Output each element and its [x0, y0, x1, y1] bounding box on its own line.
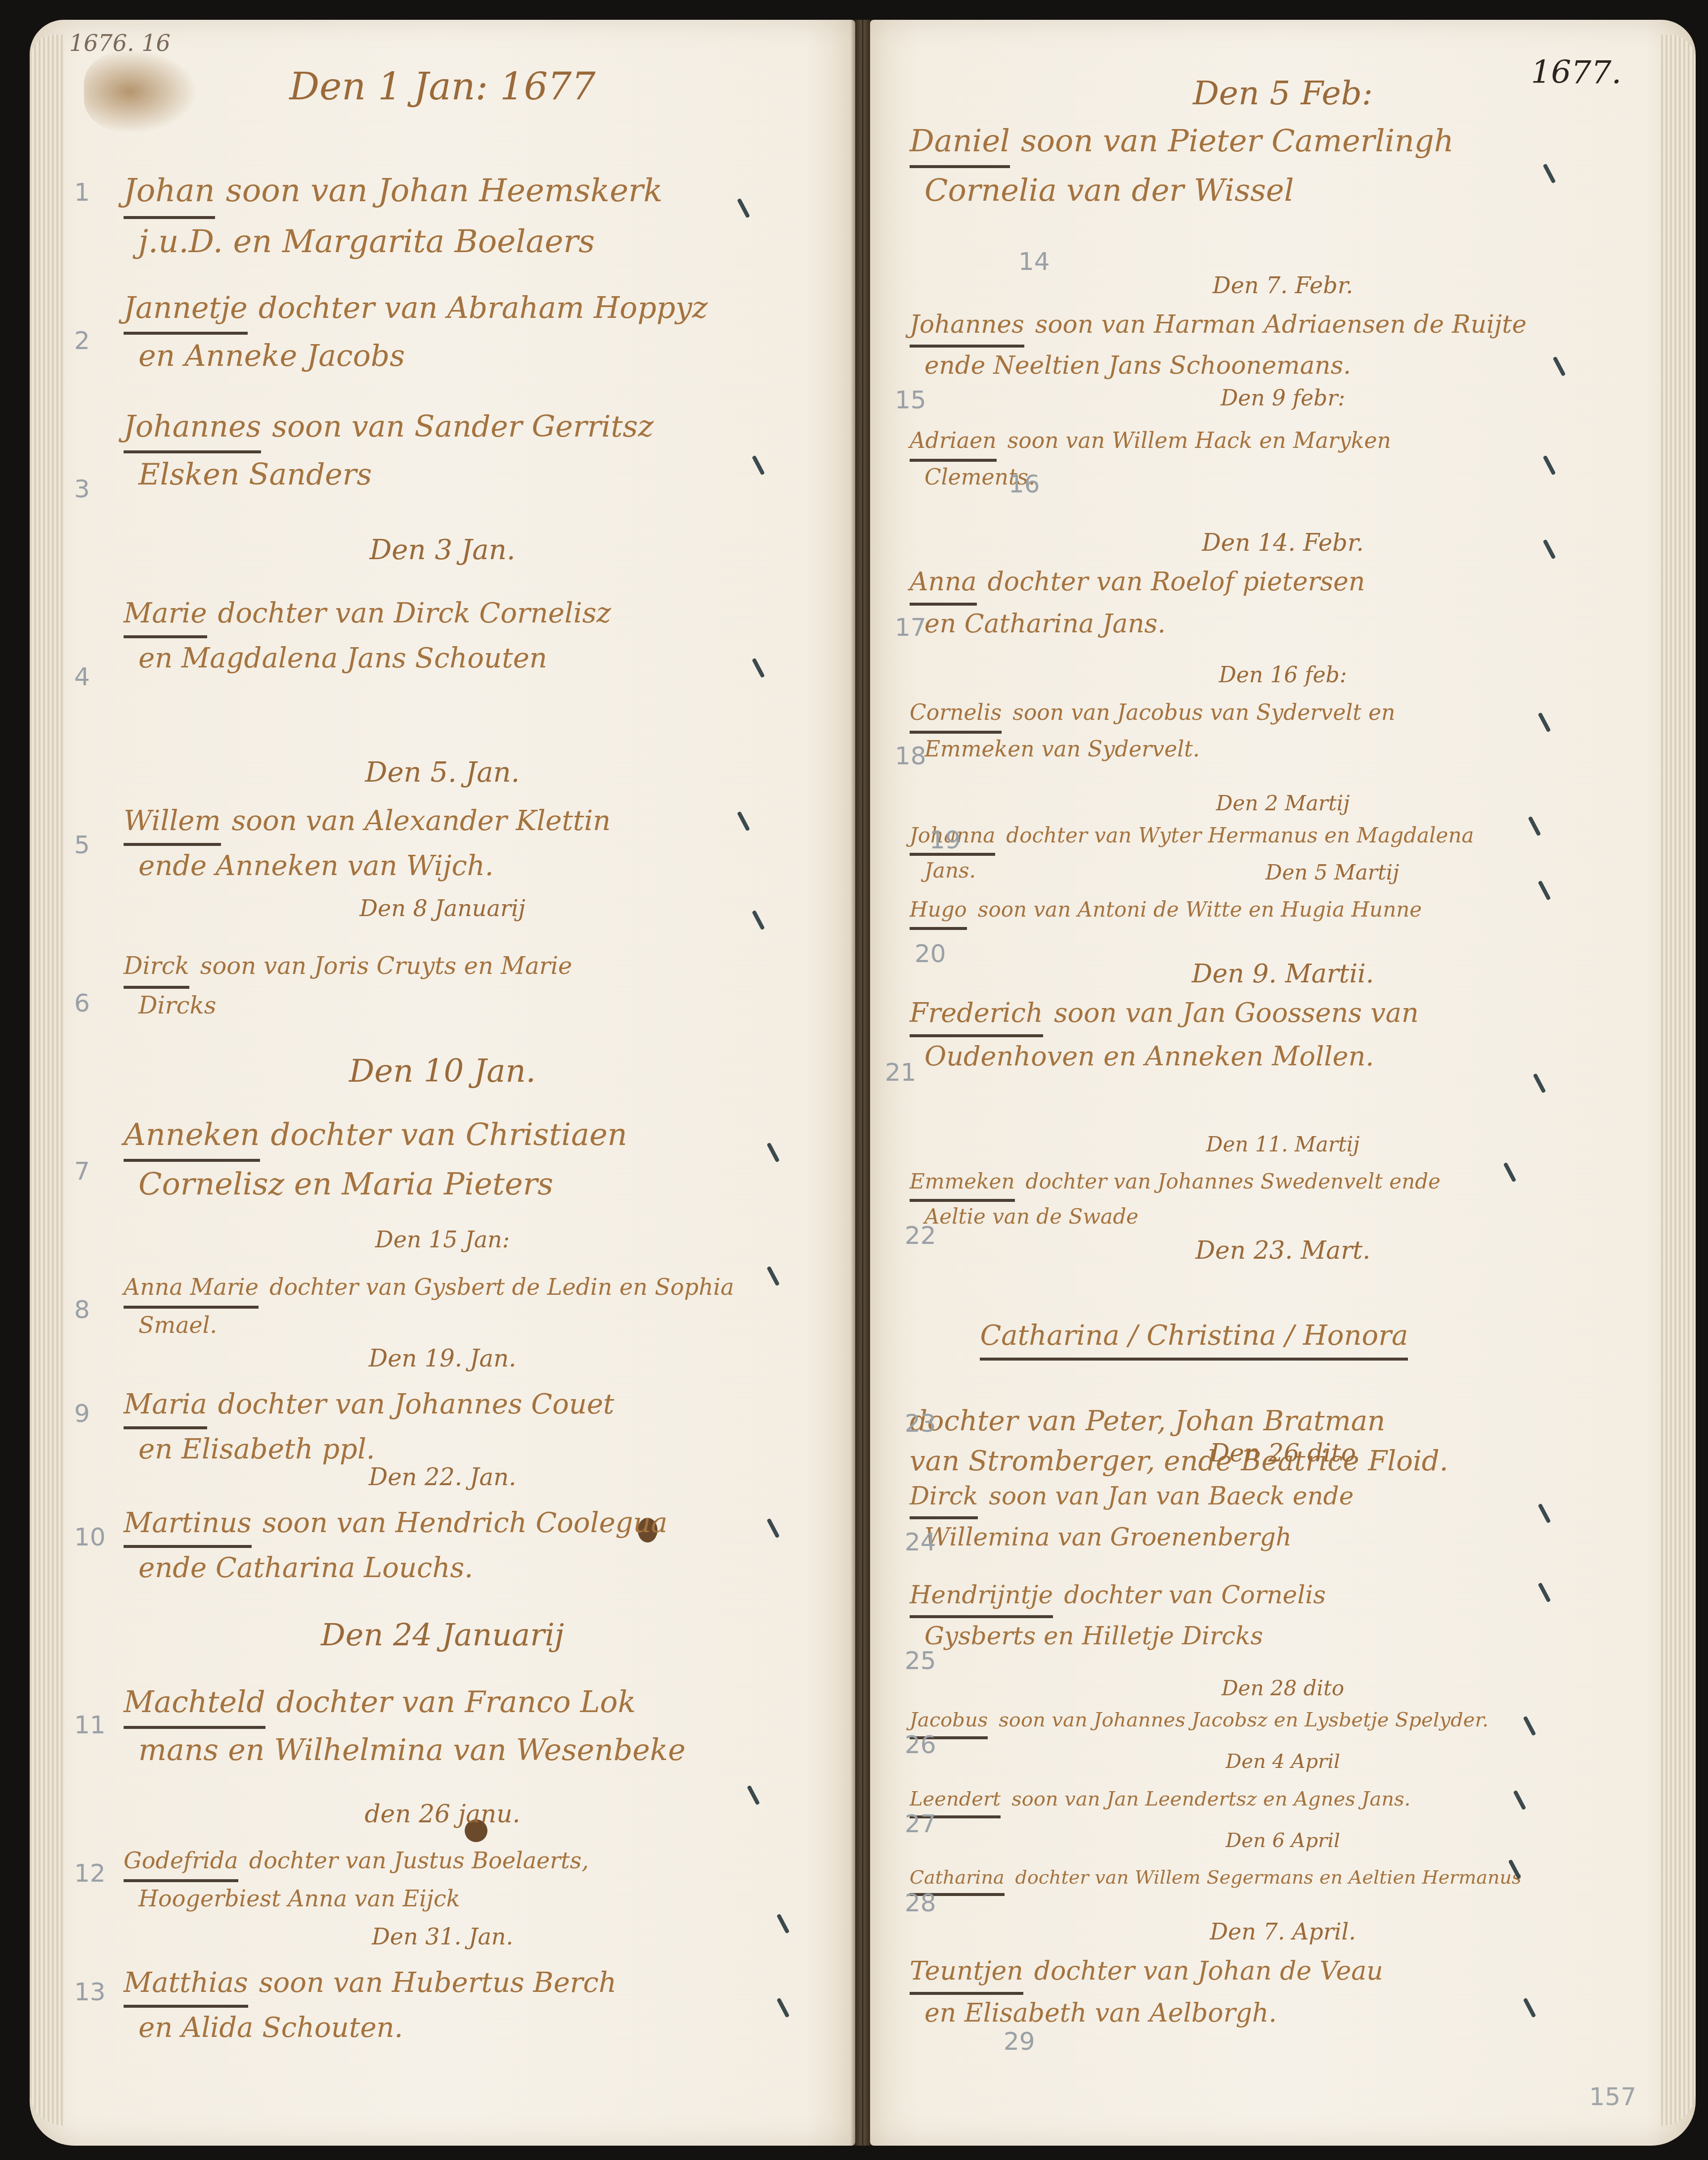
date-heading: Den 15 Jan:: [30, 1226, 855, 1253]
margin-number: 6: [74, 989, 90, 1017]
margin-number: 27: [905, 1809, 936, 1838]
entry-text: dochter van Dirck Cornelisz: [218, 597, 611, 629]
entry-text: dochter van Christiaen: [271, 1116, 627, 1152]
baptism-entry: Willemsoon van Alexander Klettin ende An…: [124, 801, 611, 886]
baptism-entry: Johannessoon van Sander Gerritsz Elsken …: [124, 405, 654, 496]
child-name: Marie: [124, 593, 207, 638]
baptism-entry: Danielsoon van Pieter Camerlingh Corneli…: [910, 119, 1454, 213]
entry-parents: en Magdalena Jans Schouten: [124, 638, 611, 678]
margin-number: 8: [74, 1295, 90, 1324]
entry-text: dochter van Abraham Hoppyz: [259, 291, 708, 325]
tick-mark: [737, 198, 750, 219]
child-name: Johan: [124, 168, 215, 219]
baptism-entry: Dircksoon van Joris Cruyts en Marie Dirc…: [124, 949, 572, 1023]
entry-text: soon van Hubertus Berch: [259, 1967, 616, 1999]
entry-text: dochter van Justus Boelaerts,: [249, 1847, 589, 1874]
entry-parents: Elsken Sanders: [124, 453, 654, 496]
date-heading: Den 5 Martij: [969, 860, 1696, 884]
margin-number: 2: [74, 326, 90, 355]
tick-mark: [1523, 1998, 1536, 2018]
margin-number: 3: [74, 475, 90, 503]
baptism-entry: Teuntjendochter van Johan de Veau en Eli…: [910, 1953, 1383, 2032]
child-name: Machteld: [124, 1681, 265, 1729]
child-name: Anna Marie: [124, 1271, 259, 1309]
date-heading: Den 26 dito: [870, 1439, 1696, 1467]
entry-text: soon van Jan Leendertsz en Agnes Jans.: [1011, 1788, 1410, 1810]
entry-text: soon van Joris Cruyts en Marie: [200, 952, 572, 980]
child-name: Cornelis: [910, 697, 1002, 734]
tick-mark: [767, 1266, 780, 1286]
margin-number: 18: [895, 742, 926, 770]
entry-parents: ende Neeltien Jans Schoonemans.: [910, 348, 1527, 384]
entry-text: dochter van Johannes Swedenvelt ende: [1026, 1169, 1441, 1193]
entry-parents: Willemina van Groenenbergh: [910, 1519, 1354, 1555]
baptism-entry: Leendertsoon van Jan Leendertsz en Agnes…: [910, 1785, 1410, 1818]
date-heading: Den 3 Jan.: [30, 534, 855, 566]
entry-parents: Clements.: [910, 462, 1391, 493]
margin-number: 28: [905, 1889, 936, 1917]
margin-number: 7: [74, 1157, 90, 1186]
date-heading: Den 9 febr:: [870, 386, 1696, 411]
date-heading: Den 14. Febr.: [870, 529, 1696, 557]
tick-mark: [777, 1998, 790, 2018]
date-heading: Den 7. Febr.: [870, 272, 1696, 299]
baptism-entry: Martinussoon van Hendrich Coolegua ende …: [124, 1503, 667, 1588]
entry-parents: ende Catharina Louchs.: [124, 1548, 667, 1588]
child-name: Teuntjen: [910, 1953, 1023, 1995]
entry-parents: Gysberts en Hilletje Dircks: [910, 1618, 1326, 1654]
margin-number: 21: [885, 1058, 917, 1087]
entry-text: dochter van Cornelis: [1064, 1581, 1326, 1609]
margin-number: 20: [915, 939, 946, 968]
margin-number: 11: [74, 1711, 106, 1739]
baptism-entry: Johannessoon van Harman Adriaensen de Ru…: [910, 307, 1527, 383]
date-heading: Den 28 dito: [870, 1676, 1696, 1700]
entry-text: soon van Antoni de Witte en Hugia Hunne: [978, 897, 1422, 922]
entry-text: soon van Johannes Jacobsz en Lysbetje Sp…: [999, 1709, 1489, 1731]
baptism-entry: Frederichsoon van Jan Goossens van Ouden…: [910, 994, 1419, 1076]
manuscript-spread: 1676. 16 Den 1 Jan: 1677 Johansoon van J…: [30, 20, 1701, 2146]
baptism-entry: Annekendochter van Christiaen Cornelisz …: [124, 1112, 627, 1206]
page-number: 157: [1589, 2082, 1636, 2111]
entry-text: soon van Jan van Baeck ende: [989, 1482, 1354, 1510]
tick-mark: [737, 811, 750, 832]
margin-number: 14: [1018, 247, 1050, 276]
entry-parents: Smael.: [124, 1309, 734, 1342]
tick-mark: [1543, 164, 1556, 184]
child-name: Frederich: [910, 994, 1043, 1037]
entry-parents: Aeltie van de Swade: [910, 1202, 1441, 1232]
baptism-entry: Hugosoon van Antoni de Witte en Hugia Hu…: [910, 895, 1422, 930]
entry-text: soon van Jacobus van Sydervelt en: [1012, 700, 1395, 725]
child-name: Johannes: [124, 405, 261, 453]
entry-parents: Cornelia van der Wissel: [910, 168, 1454, 213]
margin-number: 4: [74, 662, 90, 691]
right-page-content: Den 5 Feb: Danielsoon van Pieter Camerli…: [870, 20, 1696, 2146]
baptism-entry: Emmekendochter van Johannes Swedenvelt e…: [910, 1167, 1441, 1232]
margin-number: 22: [905, 1221, 936, 1250]
entry-parents: ende Anneken van Wijch.: [124, 846, 611, 886]
tick-mark: [1538, 1503, 1551, 1524]
tick-mark: [1513, 1790, 1527, 1810]
margin-number: 12: [74, 1859, 106, 1888]
baptism-entry: Cornelissoon van Jacobus van Sydervelt e…: [910, 697, 1395, 765]
entry-parents: en Elisabeth van Aelborgh.: [910, 1995, 1383, 2032]
baptism-entry: Dircksoon van Jan van Baeck ende Willemi…: [910, 1478, 1354, 1555]
child-name: Catharina / Christina / Honora: [980, 1316, 1408, 1361]
date-heading: Den 2 Martij: [870, 791, 1696, 815]
baptism-entry: Matthiassoon van Hubertus Berch en Alida…: [124, 1963, 616, 2048]
date-heading: Den 11. Martij: [870, 1132, 1696, 1156]
entry-parents: Cornelisz en Maria Pieters: [124, 1162, 627, 1206]
baptism-entry: Machtelddochter van Franco Lok mans en W…: [124, 1681, 686, 1772]
child-name: Matthias: [124, 1963, 248, 2008]
baptism-entry: Adriaensoon van Willem Hack en Maryken C…: [910, 425, 1391, 493]
child-name: Hugo: [910, 895, 967, 930]
entry-text: dochter van Gysbert de Ledin en Sophia: [269, 1274, 734, 1300]
entry-parents: Oudenhoven en Anneken Mollen.: [910, 1037, 1419, 1076]
child-name: Anna: [910, 564, 977, 606]
child-name: Martinus: [124, 1503, 252, 1548]
child-name: Hendrijntje: [910, 1577, 1053, 1618]
child-name: Dirck: [910, 1478, 978, 1519]
tick-mark: [752, 455, 765, 476]
child-name: Godefrida: [124, 1844, 238, 1882]
tick-mark: [1538, 1583, 1551, 1603]
baptism-entry: Godefridadochter van Justus Boelaerts, H…: [124, 1844, 589, 1915]
child-name: Willem: [124, 801, 221, 846]
date-heading: Den 6 April: [870, 1829, 1696, 1852]
right-page: 1677. Den 5 Feb: Danielsoon van Pieter C…: [870, 20, 1696, 2146]
margin-number: 1: [74, 178, 90, 207]
date-heading: Den 9. Martii.: [870, 959, 1696, 989]
date-heading: Den 24 Januarij: [30, 1617, 855, 1653]
margin-number: 5: [74, 831, 90, 859]
margin-number: 25: [905, 1646, 936, 1675]
entry-text: dochter van Franco Lok: [276, 1685, 636, 1719]
baptism-entry: Annadochter van Roelof pietersen en Cath…: [910, 564, 1365, 643]
margin-number: 19: [929, 826, 961, 854]
date-heading: Den 10 Jan.: [30, 1053, 855, 1090]
entry-parents: j.u.D. en Margarita Boelaers: [124, 219, 662, 265]
tick-mark: [767, 1143, 780, 1163]
tick-mark: [1528, 816, 1541, 837]
margin-number: 10: [74, 1523, 106, 1551]
date-heading: Den 5. Jan.: [30, 756, 855, 789]
entry-parents: en Catharina Jans.: [910, 606, 1365, 643]
date-heading: Den 31. Jan.: [30, 1923, 855, 1950]
margin-number: 24: [905, 1528, 936, 1556]
date-heading: Den 19. Jan.: [30, 1345, 855, 1372]
margin-number: 29: [1004, 2027, 1035, 2056]
child-name: Johannes: [910, 307, 1024, 348]
entry-text: soon van Jan Goossens van: [1054, 997, 1419, 1028]
entry-parents: en Alida Schouten.: [124, 2008, 616, 2048]
baptism-entry: Jannetjedochter van Abraham Hoppyz en An…: [124, 287, 708, 378]
left-page-content: Den 1 Jan: 1677 Johansoon van Johan Heem…: [30, 20, 855, 2146]
tick-mark: [1543, 455, 1556, 476]
baptism-entry: Mariadochter van Johannes Couet en Elisa…: [124, 1384, 614, 1469]
tick-mark: [1503, 1162, 1517, 1183]
margin-number: 23: [905, 1409, 936, 1438]
entry-text: soon van Pieter Camerlingh: [1021, 123, 1454, 159]
baptism-entry: Anna Mariedochter van Gysbert de Ledin e…: [124, 1271, 734, 1341]
child-name: Adriaen: [910, 425, 997, 462]
entry-text: dochter van Johannes Couet: [218, 1388, 614, 1420]
entry-parents: Hoogerbiest Anna van Eijck: [124, 1882, 589, 1915]
child-name: Maria: [124, 1384, 207, 1429]
entry-text: soon van Johan Heemskerk: [226, 173, 663, 209]
entry-parents: Emmeken van Sydervelt.: [910, 734, 1395, 765]
tick-mark: [1523, 1716, 1536, 1736]
entry-text: dochter van Johan de Veau: [1034, 1956, 1383, 1986]
child-name: Dirck: [124, 949, 189, 989]
baptism-entry: Jacobussoon van Johannes Jacobsz en Lysb…: [910, 1706, 1489, 1739]
margin-number: 13: [74, 1978, 106, 2006]
left-page: 1676. 16 Den 1 Jan: 1677 Johansoon van J…: [30, 20, 855, 2146]
entry-text: soon van Willem Hack en Maryken: [1007, 428, 1391, 453]
baptism-entry: Mariedochter van Dirck Cornelisz en Magd…: [124, 593, 611, 678]
tick-mark: [752, 658, 765, 678]
date-heading: Den 7. April.: [870, 1918, 1696, 1945]
tick-mark: [1538, 712, 1551, 733]
date-heading: Den 8 Januarij: [30, 895, 855, 922]
child-name: Anneken: [124, 1112, 260, 1162]
date-heading: Den 5 Feb:: [870, 74, 1696, 112]
date-heading: den 26 janu.: [30, 1800, 855, 1828]
baptism-entry: Hendrijntjedochter van Cornelis Gysberts…: [910, 1577, 1326, 1654]
tick-mark: [1533, 1073, 1546, 1094]
baptism-entry: Catharinadochter van Willem Segermans en…: [910, 1864, 1521, 1896]
entry-text: soon van Alexander Klettin: [232, 805, 611, 837]
entry-text: soon van Sander Gerritsz: [272, 409, 654, 444]
tick-mark: [767, 1518, 780, 1539]
margin-number: 15: [895, 386, 926, 414]
margin-number: 26: [905, 1730, 936, 1759]
tick-mark: [1553, 356, 1566, 377]
entry-parents: mans en Wilhelmina van Wesenbeke: [124, 1729, 686, 1772]
date-heading: Den 22. Jan.: [30, 1463, 855, 1491]
entry-text: soon van Harman Adriaensen de Ruijte: [1035, 310, 1527, 339]
date-heading: Den 4 April: [870, 1750, 1696, 1773]
entry-text: dochter van Willem Segermans en Aeltien …: [1015, 1866, 1522, 1888]
baptism-entry: Johansoon van Johan Heemskerk j.u.D. en …: [124, 168, 662, 265]
entry-text: soon van Hendrich Coolegua: [263, 1507, 667, 1539]
margin-number: 16: [1008, 470, 1040, 498]
margin-number: 17: [895, 613, 926, 642]
date-heading: Den 23. Mart.: [870, 1236, 1696, 1265]
date-heading: Den 16 feb:: [870, 662, 1696, 688]
entry-parents: Dircks: [124, 989, 572, 1023]
child-name: Daniel: [910, 119, 1010, 168]
entry-text: dochter van Wyter Hermanus en Magdalena: [1006, 823, 1474, 847]
entry-text: dochter van Roelof pietersen: [988, 567, 1365, 597]
date-heading: Den 1 Jan: 1677: [30, 64, 855, 108]
entry-parents: en Anneke Jacobs: [124, 335, 708, 378]
child-name: Jannetje: [124, 287, 248, 335]
margin-number: 9: [74, 1399, 90, 1428]
child-name: Emmeken: [910, 1167, 1015, 1202]
